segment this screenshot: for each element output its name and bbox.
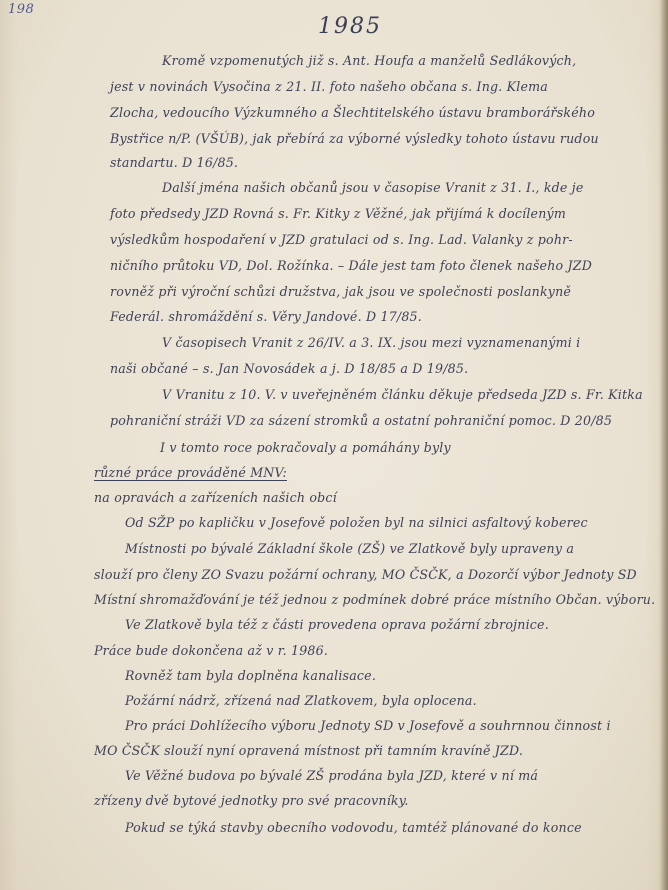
text-line: Zlocha, vedoucího Výzkumného a Šlechtite… (110, 105, 595, 120)
text-line: Federál. shromáždění s. Věry Jandové. D … (110, 309, 422, 324)
text-line: Ve Zlatkově byla též z části provedena o… (125, 617, 549, 632)
text-line: slouží pro členy ZO Svazu požární ochran… (94, 567, 637, 582)
text-line: standartu. D 16/85. (110, 155, 238, 170)
text-line: Kromě vzpomenutých již s. Ant. Houfa a m… (162, 53, 576, 68)
text-line: Požární nádrž, zřízená nad Zlatkovem, by… (125, 693, 477, 708)
text-line: Od SŽP po kapličku v Josefově položen by… (125, 515, 588, 530)
chronicle-page: 198 1985 Kromě vzpomenutých již s. Ant. … (0, 0, 668, 890)
text-line: jest v novinách Vysočina z 21. II. foto … (110, 79, 548, 94)
text-line: na opravách a zařízeních našich obcí (94, 490, 337, 505)
text-line: Místní shromažďování je též jednou z pod… (94, 592, 655, 607)
text-line: Rovněž tam byla doplněna kanalisace. (125, 668, 376, 683)
page-edge-shadow (660, 0, 668, 890)
underlined-text-line: různé práce prováděné MNV: (94, 465, 287, 480)
page-number: 198 (8, 2, 34, 17)
text-line: I v tomto roce pokračovaly a pomáhány by… (160, 440, 451, 455)
text-line: výsledkům hospodaření v JZD gratulaci od… (110, 232, 573, 247)
text-line: Pokud se týká stavby obecního vodovodu, … (125, 820, 582, 835)
text-line: Další jména našich občanů jsou v časopis… (162, 180, 584, 195)
text-line: Práce bude dokončena až v r. 1986. (94, 643, 328, 658)
text-line: V časopisech Vranit z 26/IV. a 3. IX. js… (162, 335, 580, 350)
text-line: zřízeny dvě bytové jednotky pro své prac… (94, 793, 409, 808)
text-line: rovněž při výroční schůzi družstva, jak … (110, 284, 571, 299)
text-line: pohraniční stráži VD za sázení stromků a… (110, 413, 612, 428)
text-line: V Vranitu z 10. V. v uveřejněném článku … (162, 387, 643, 402)
text-line: ničního průtoku VD, Dol. Rožínka. – Dále… (110, 258, 592, 273)
text-line: Místnosti po bývalé Základní škole (ZŠ) … (125, 541, 574, 556)
text-line: Pro práci Dohlížecího výboru Jednoty SD … (125, 718, 611, 733)
text-line: Ve Věžné budova po bývalé ZŠ prodána byl… (125, 768, 538, 783)
text-line: MO ČSČK slouží nyní opravená místnost př… (94, 743, 523, 758)
year-heading: 1985 (318, 14, 382, 39)
text-line: Bystřice n/P. (VŠÚB), jak přebírá za výb… (110, 131, 599, 146)
text-line: foto předsedy JZD Rovná s. Fr. Kitky z V… (110, 206, 566, 221)
text-line: naši občané – s. Jan Novosádek a j. D 18… (110, 361, 468, 376)
